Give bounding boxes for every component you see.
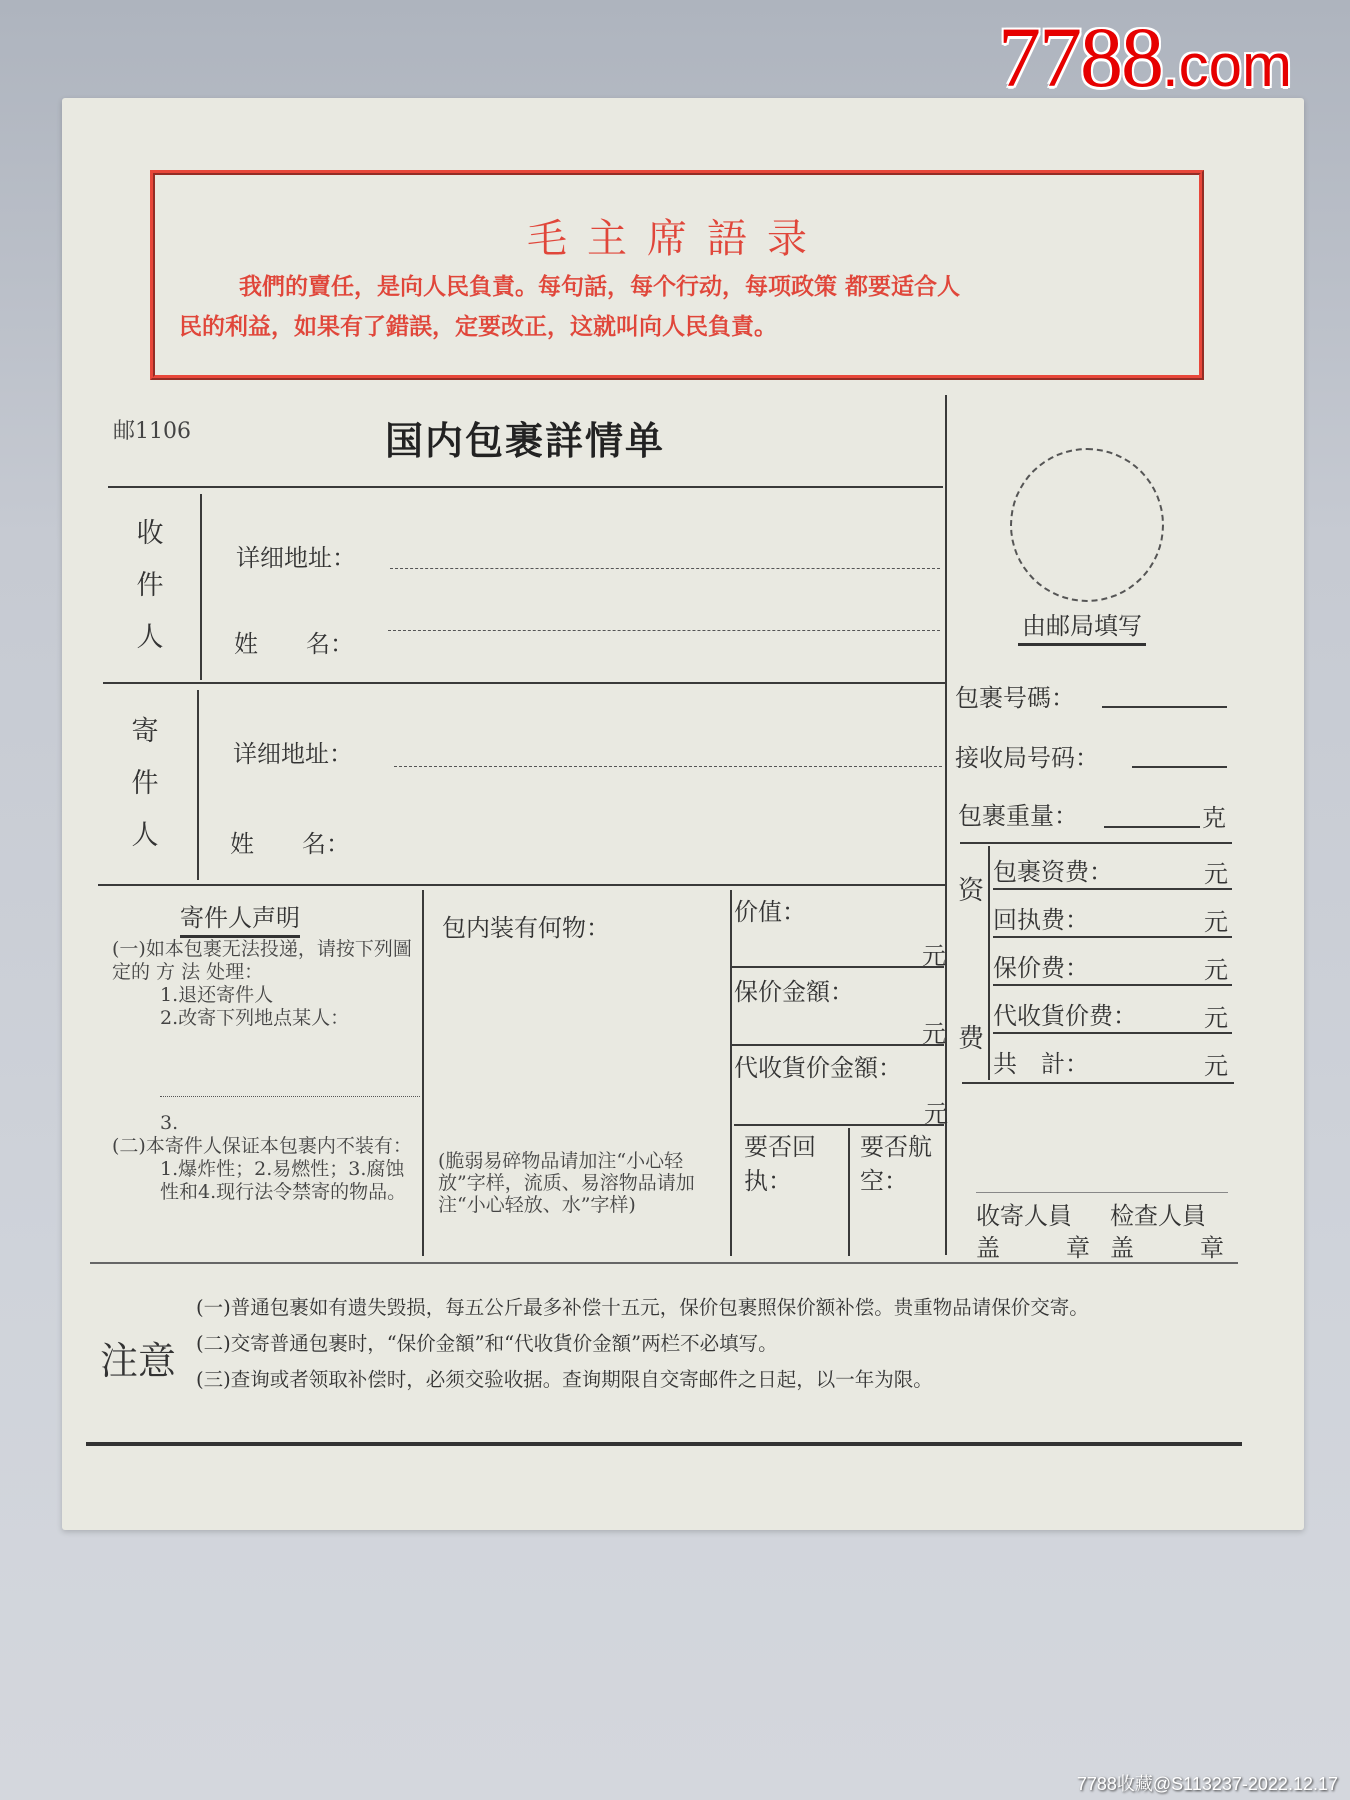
weight-field[interactable] [1104, 826, 1200, 828]
logo-number: 7788 [998, 9, 1162, 105]
fee-unit: 元 [1204, 950, 1228, 985]
weight-unit: 克 [1202, 798, 1226, 833]
seal-label: 章 [1066, 1228, 1090, 1263]
return-receipt-label: 要否回执： [744, 1130, 844, 1198]
form-code: 邮1106 [113, 414, 191, 445]
signature-rule [976, 1192, 1228, 1193]
side-char: 人 [135, 612, 165, 664]
form-title: 国内包裹詳情单 [385, 410, 665, 465]
declaration-option-return: 1.退还寄件人 [112, 984, 412, 1007]
contents-hint: (脆弱易碎物品请加注“小心轻放”字样，流质、易溶物品请加注“小心轻放、水”字样) [438, 1150, 710, 1216]
side-char: 件 [130, 758, 160, 810]
note-item: (二)交寄普通包裹时，“保价金額”和“代收貨价金額”两栏不必填写。 [196, 1326, 1089, 1362]
declaration-text: (一)如本包裹无法投递，请按下列圖定的 方 法 处理： 1.退还寄件人 2.改寄… [112, 938, 412, 1030]
fee-rule [993, 888, 1232, 890]
item-prefix: (二) [112, 1135, 146, 1157]
note-item: (一)普通包裹如有遗失毁损，每五公斤最多补偿十五元，保价包裹照保价额补偿。贵重物… [196, 1290, 1089, 1326]
value-rule [732, 966, 944, 968]
notes-bottom-rule [86, 1442, 1242, 1446]
fees-side-divider [988, 846, 990, 1080]
seal-label: 盖 [976, 1228, 1000, 1263]
receiving-office-label: 接收局号码： [955, 738, 1099, 773]
quotation-line-2: 民的利益，如果有了錯誤，定要改正，这就叫向人民負責。 [179, 314, 777, 340]
item-prefix: (一) [112, 938, 146, 960]
watermark-footer: 7788收藏@S113237-2022.12.17 [1077, 1770, 1338, 1796]
fees-side-label-bottom: 费 [958, 1018, 984, 1055]
redirect-address-field[interactable] [160, 1096, 420, 1097]
sender-bottom-rule [98, 884, 946, 886]
notes-list: (一)普通包裹如有遗失毁损，每五公斤最多补偿十五元，保价包裹照保价额补偿。贵重物… [196, 1290, 1089, 1398]
weight-label: 包裹重量： [958, 796, 1078, 831]
fee-label-postage: 包裹资费： [993, 852, 1113, 887]
fee-rule [993, 936, 1232, 938]
recipient-name-label: 姓 名： [234, 624, 354, 659]
recipient-name-field[interactable] [388, 630, 940, 631]
seal-label: 盖 [1110, 1228, 1134, 1263]
logo-suffix: .com [1162, 32, 1292, 99]
side-char: 收 [135, 508, 165, 560]
sender-name-label: 姓 名： [230, 824, 350, 859]
receiving-office-field[interactable] [1132, 766, 1227, 768]
seal-label: 章 [1200, 1228, 1224, 1263]
fee-label-cod: 代收貨价费： [993, 996, 1137, 1031]
fee-unit: 元 [1204, 1046, 1228, 1081]
fee-label-total: 共 計： [993, 1044, 1089, 1079]
quotation-box: 毛主席語录 我們的賣任，是向人民負責。每句話，每个行动，每项政策 都要适合人 民… [150, 170, 1204, 380]
fee-unit: 元 [1204, 998, 1228, 1033]
parcel-number-field[interactable] [1102, 706, 1227, 708]
declaration-divider [422, 890, 424, 1256]
values-divider [730, 890, 732, 1256]
fees-side-label-top: 资 [958, 870, 984, 907]
fees-bottom-rule [962, 1082, 1234, 1084]
side-char: 人 [130, 810, 160, 862]
declaration-title: 寄件人声明 [180, 898, 300, 938]
recipient-address-label: 详细地址： [236, 538, 356, 573]
quotation-text: 我們的賣任，是向人民負責。每句話，每个行动，每项政策 都要适合人 民的利益，如果… [179, 267, 1183, 347]
sender-side-divider [197, 690, 199, 880]
post-office-heading: 由邮局填写 [1018, 606, 1146, 646]
postmark-circle [1010, 448, 1164, 602]
cod-amount-label: 代收貨价金額： [734, 1048, 902, 1083]
inspector-label: 检查人員 [1110, 1196, 1206, 1231]
site-watermark-logo: 7788.com [998, 12, 1292, 111]
form-bottom-rule [90, 1262, 1238, 1264]
recipient-side-divider [200, 494, 202, 680]
value-label: 价值： [734, 892, 806, 927]
airmail-label: 要否航空： [860, 1130, 950, 1198]
fee-rule [993, 984, 1232, 986]
sender-side-label: 寄 件 人 [130, 706, 160, 862]
recipient-top-rule [108, 486, 943, 488]
fee-label-receipt: 回执费： [993, 900, 1089, 935]
declaration-text-2: 3. (二)本寄件人保证本包裹内不装有： 1.爆炸性；2.易燃性；3.腐蚀性和4… [112, 1112, 412, 1204]
insured-amount-label: 保价金額： [734, 972, 854, 1007]
parcel-number-label: 包裹号碼： [955, 678, 1075, 713]
receipt-air-divider [848, 1128, 850, 1256]
declaration-option-3: 3. [112, 1112, 412, 1135]
sender-address-field[interactable] [394, 766, 942, 767]
recipient-side-label: 收 件 人 [135, 508, 165, 664]
receiver-clerk-label: 收寄人員 [976, 1196, 1072, 1231]
declaration-item-2: 本寄件人保证本包裹内不装有： [146, 1135, 412, 1157]
cod-rule [734, 1124, 944, 1126]
fee-unit: 元 [1204, 902, 1228, 937]
fees-top-rule [960, 842, 1232, 844]
fee-label-insurance: 保价费： [993, 948, 1089, 983]
fee-rule [993, 1032, 1232, 1034]
prohibited-items-list: 1.爆炸性；2.易燃性；3.腐蚀性和4.现行法令禁寄的物品。 [112, 1158, 412, 1204]
sender-address-label: 详细地址： [233, 734, 353, 769]
quotation-title: 毛主席語录 [155, 207, 1199, 264]
note-item: (三)查询或者领取补偿时，必须交验收据。查询期限自交寄邮件之日起，以一年为限。 [196, 1362, 1089, 1398]
fee-unit: 元 [1204, 854, 1228, 889]
insured-rule [732, 1044, 944, 1046]
recipient-address-field[interactable] [390, 568, 940, 569]
notes-heading: 注意 [100, 1330, 176, 1385]
declaration-option-redirect: 2.改寄下列地点某人： [112, 1007, 412, 1030]
sender-top-rule [103, 682, 946, 684]
side-char: 件 [135, 560, 165, 612]
declaration-item-1: 如本包裹无法投递，请按下列圖定的 方 法 处理： [112, 938, 412, 983]
side-char: 寄 [130, 706, 160, 758]
contents-label: 包内装有何物： [442, 908, 610, 943]
quotation-line-1: 我們的賣任，是向人民負責。每句話，每个行动，每项政策 都要适合人 [179, 267, 1183, 307]
